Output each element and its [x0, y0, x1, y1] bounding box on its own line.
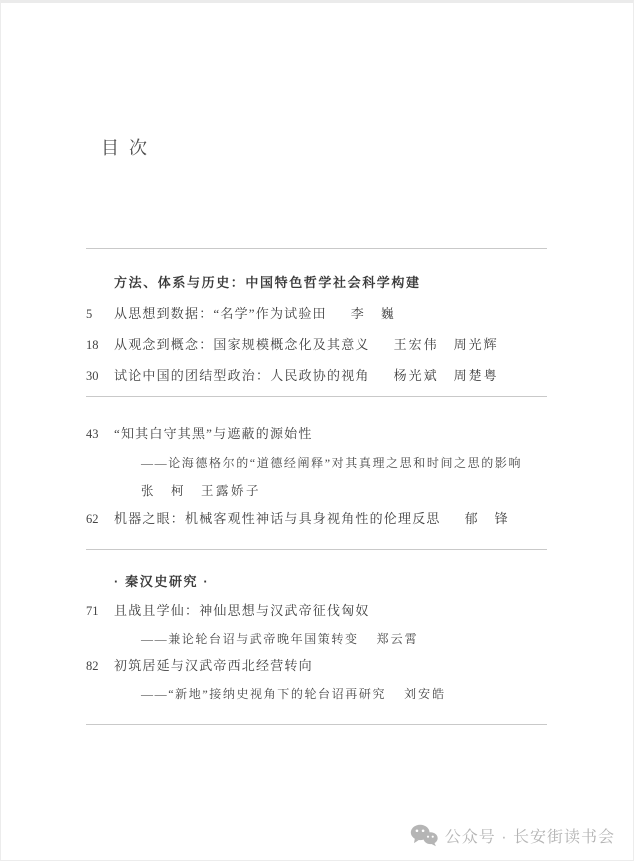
entry-subtitle: ——“新地”接纳史视角下的轮台诏再研究 [141, 687, 386, 701]
section-divider [86, 724, 547, 725]
toc-entry: 18从观念到概念：国家规模概念化及其意义王宏伟 周光辉 [86, 337, 566, 353]
entry-title: “知其白守其黑”与遮蔽的源始性 [114, 426, 313, 441]
wechat-watermark: 公众号 · 长安街读书会 [410, 824, 615, 847]
entry-authors: 张 柯 王露娇子 [141, 484, 261, 498]
entry-page-number: 43 [86, 426, 114, 442]
toc-entry-subtitle: ——“新地”接纳史视角下的轮台诏再研究刘安皓 [86, 686, 621, 702]
entry-title: 初筑居延与汉武帝西北经营转向 [114, 658, 313, 673]
section-divider [86, 248, 547, 249]
entry-page-number: 18 [86, 337, 114, 353]
section-heading: 方法、体系与历史：中国特色哲学社会科学构建 [86, 275, 594, 291]
entry-page-number: 71 [86, 603, 114, 619]
section-divider [86, 396, 547, 397]
section-heading: · 秦汉史研究 · [86, 574, 594, 590]
entry-authors: 郑云霄 [377, 632, 419, 646]
entry-subtitle: ——论海德格尔的“道德经阐释”对其真理之思和时间之思的影响 [141, 456, 522, 470]
entry-authors: 郁 锋 [465, 511, 510, 526]
toc-entry: 62机器之眼：机械客观性神话与具身视角性的伦理反思郁 锋 [86, 511, 566, 527]
toc-entry-subtitle: ——论海德格尔的“道德经阐释”对其真理之思和时间之思的影响 [86, 455, 621, 471]
toc-entry: 30试论中国的团结型政治：人民政协的视角杨光斌 周楚粤 [86, 368, 566, 384]
entry-authors: 刘安皓 [404, 687, 446, 701]
entry-page-number: 62 [86, 511, 114, 527]
entry-title: 从思想到数据：“名学”作为试验田 [114, 306, 327, 321]
toc-entry-subtitle: ——兼论轮台诏与武帝晚年国策转变郑云霄 [86, 631, 621, 647]
toc-entry: 5从思想到数据：“名学”作为试验田李 巍 [86, 306, 566, 322]
entry-title: 且战且学仙：神仙思想与汉武帝征伐匈奴 [114, 603, 370, 618]
doc-title: 目次 [101, 134, 157, 160]
wechat-icon [410, 824, 438, 847]
toc-entry-authors-line: 张 柯 王露娇子 [86, 483, 621, 499]
entry-title: 从观念到概念：国家规模概念化及其意义 [114, 337, 370, 352]
toc-entry: 71且战且学仙：神仙思想与汉武帝征伐匈奴 [86, 603, 566, 619]
section-divider [86, 549, 547, 550]
entry-page-number: 5 [86, 306, 114, 322]
scanned-toc-page: 目次 方法、体系与历史：中国特色哲学社会科学构建 5从思想到数据：“名学”作为试… [0, 0, 634, 861]
toc-entry: 43“知其白守其黑”与遮蔽的源始性 [86, 426, 566, 442]
entry-page-number: 30 [86, 368, 114, 384]
entry-title: 机器之眼：机械客观性神话与具身视角性的伦理反思 [114, 511, 441, 526]
toc-entry: 82初筑居延与汉武帝西北经营转向 [86, 658, 566, 674]
entry-title: 试论中国的团结型政治：人民政协的视角 [114, 368, 370, 383]
entry-authors: 王宏伟 周光辉 [394, 337, 499, 352]
entry-authors: 李 巍 [351, 306, 396, 321]
watermark-label: 公众号 · 长安街读书会 [445, 824, 615, 847]
entry-subtitle: ——兼论轮台诏与武帝晚年国策转变 [141, 632, 359, 646]
entry-authors: 杨光斌 周楚粤 [394, 368, 499, 383]
entry-page-number: 82 [86, 658, 114, 674]
